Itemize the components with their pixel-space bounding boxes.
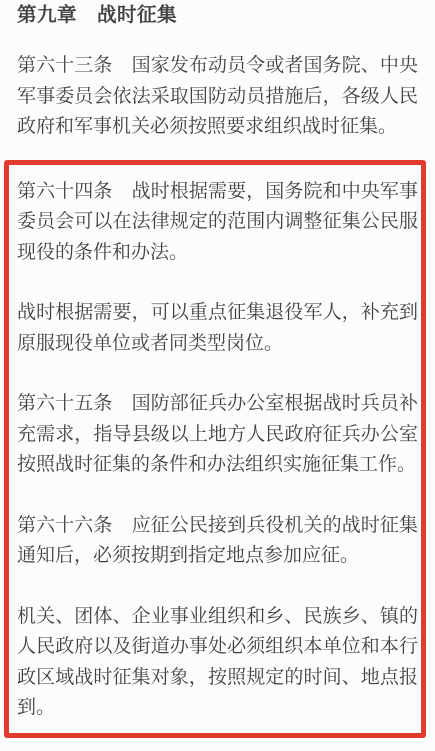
article-64-paragraph-1: 第六十四条 战时根据需要，国务院和中央军事委员会可以在法律规定的范围内调整征集公… — [17, 177, 418, 269]
law-document-page: 第九章 战时征集 第六十三条 国家发布动员令或者国务院、中央军事委员会依法采取国… — [0, 0, 435, 751]
article-63-paragraph: 第六十三条 国家发布动员令或者国务院、中央军事委员会依法采取国防动员措施后，各级… — [17, 51, 418, 143]
red-highlight-box: 第六十四条 战时根据需要，国务院和中央军事委员会可以在法律规定的范围内调整征集公… — [4, 160, 426, 738]
chapter-title: 第九章 战时征集 — [17, 0, 418, 27]
article-66-paragraph-1: 第六十六条 应征公民接到兵役机关的战时征集通知后，必须按期到指定地点参加应征。 — [17, 511, 418, 572]
article-66-paragraph-2: 机关、团体、企业事业组织和乡、民族乡、镇的人民政府以及街道办事处必须组织本单位和… — [17, 602, 418, 724]
article-65-paragraph: 第六十五条 国防部征兵办公室根据战时兵员补充需求，指导县级以上地方人民政府征兵办… — [17, 389, 418, 481]
article-64-paragraph-2: 战时根据需要，可以重点征集退役军人，补充到原服现役单位或者同类型岗位。 — [17, 298, 418, 359]
